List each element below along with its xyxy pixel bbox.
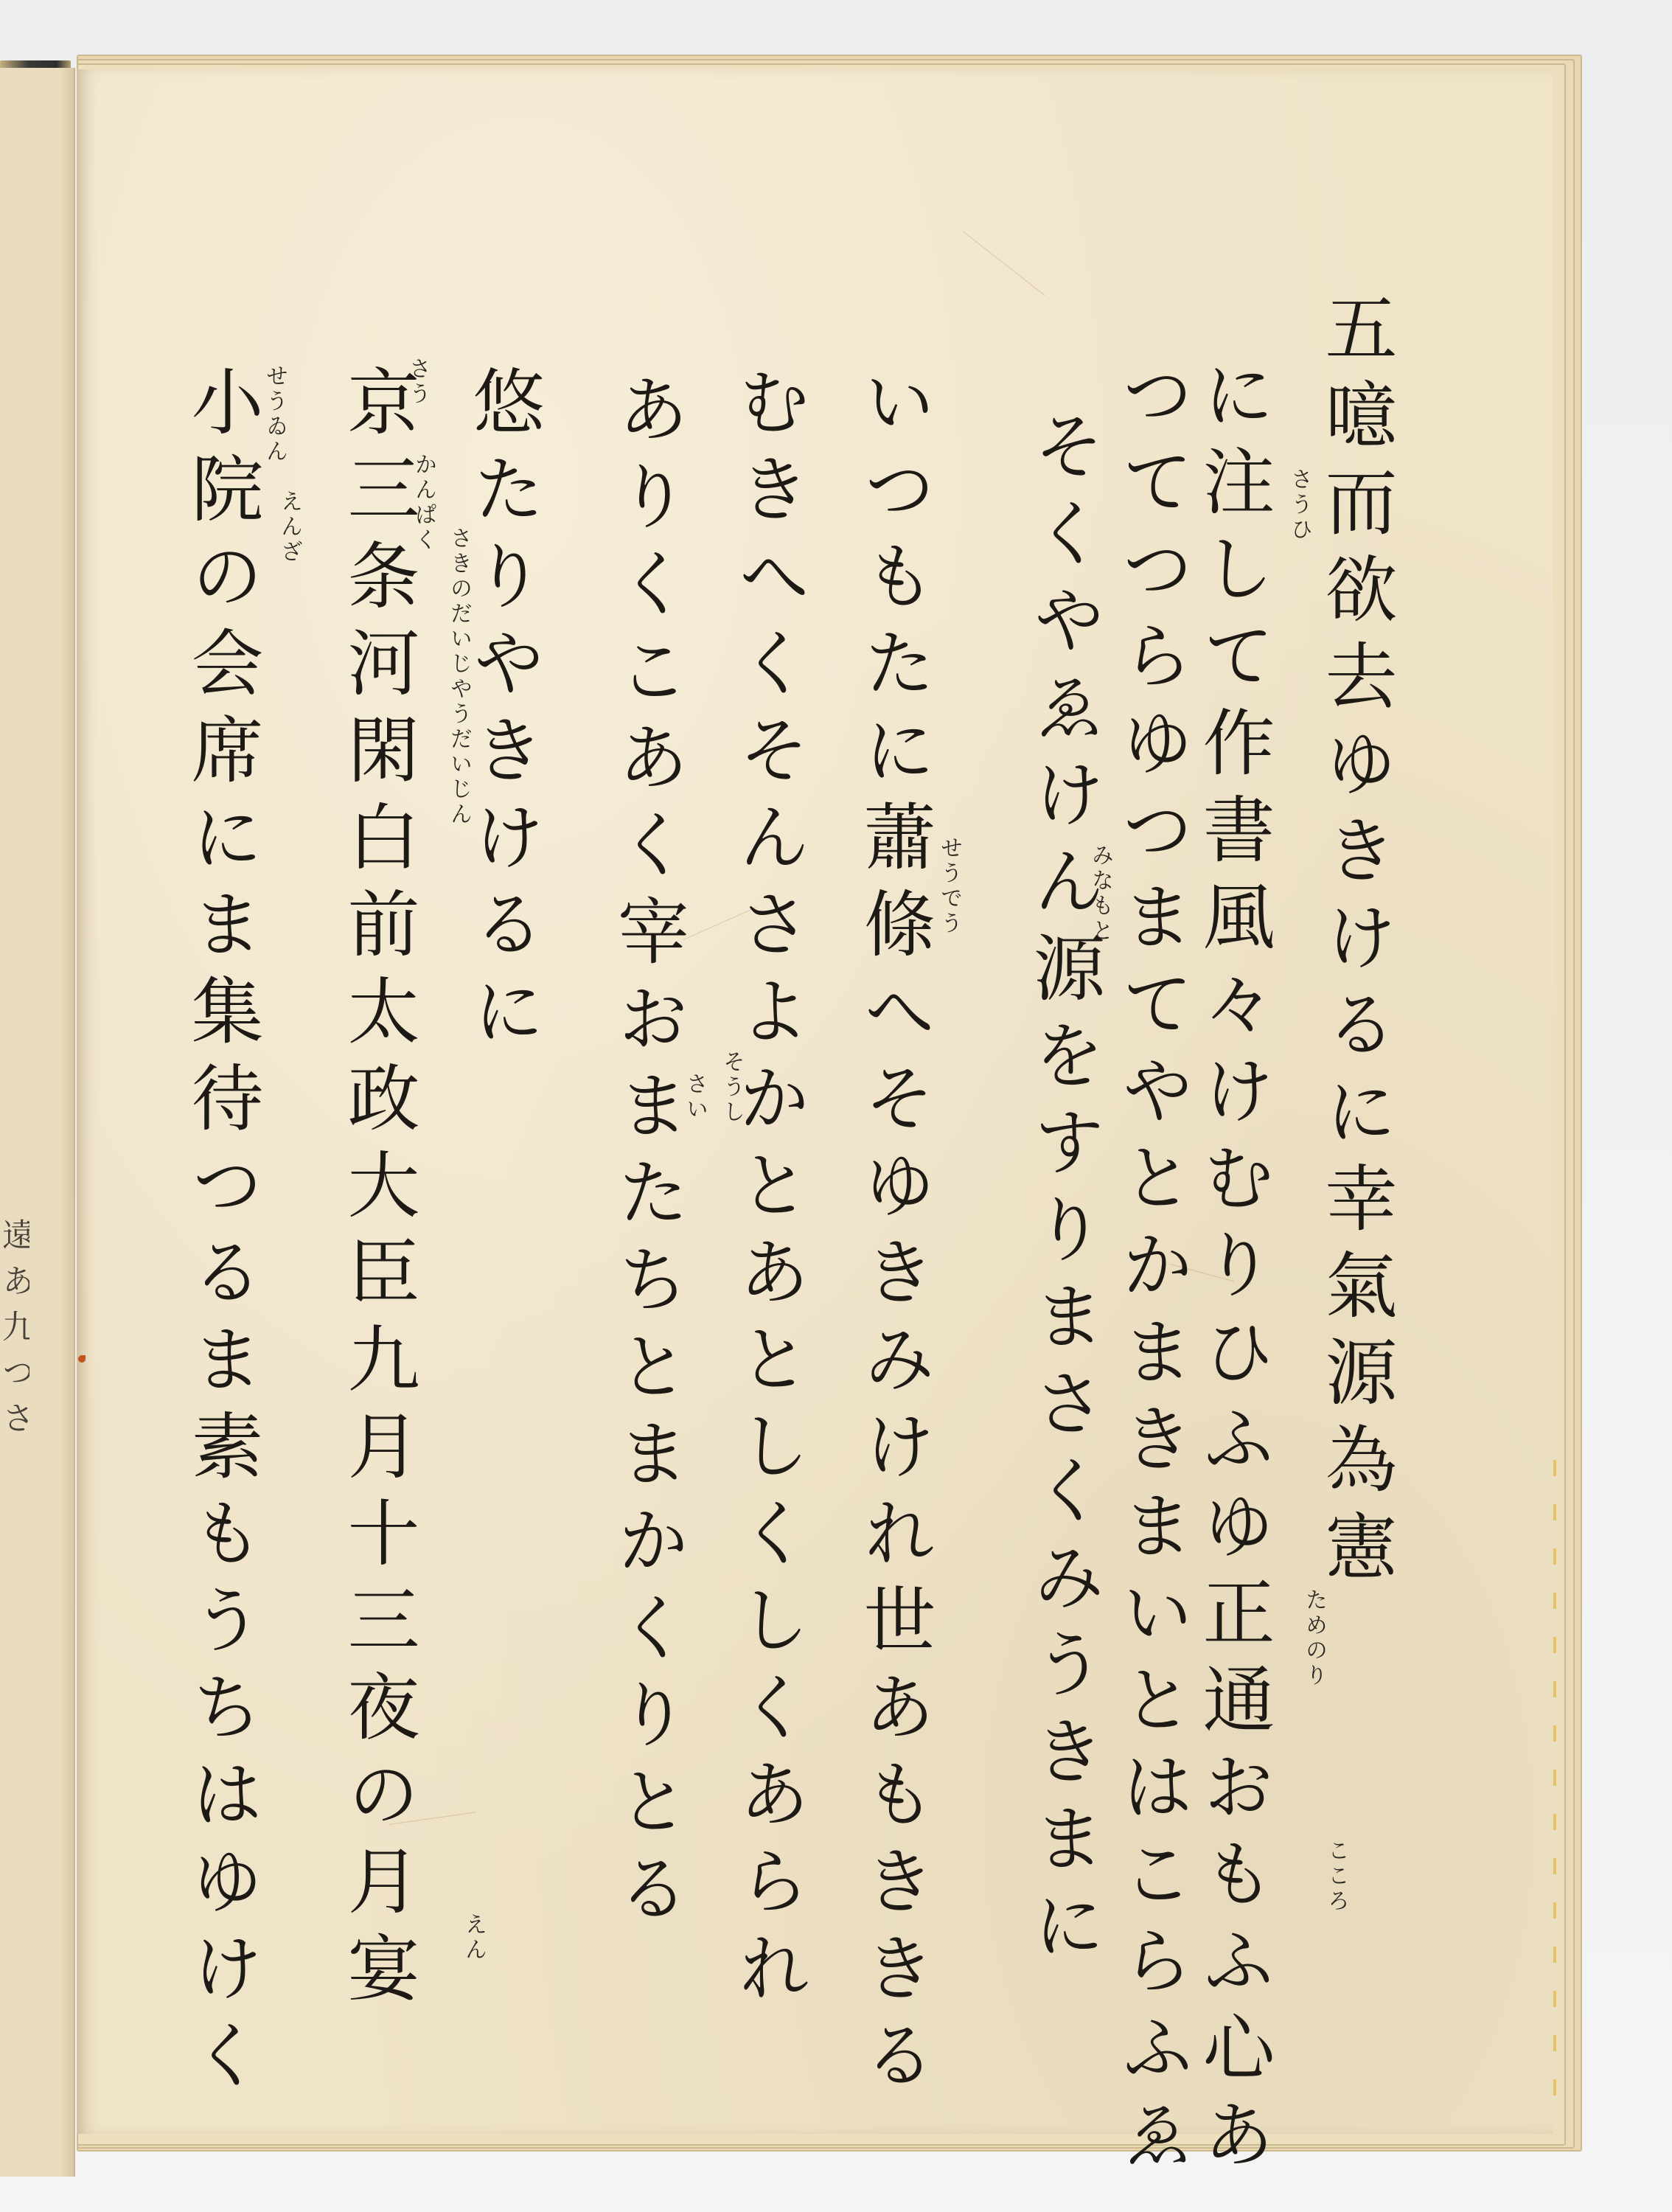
furigana: ためのり: [1303, 1588, 1325, 1688]
gilt-page-edge: [1553, 1460, 1556, 2109]
text-column-6: むきへくそんさよかとあとしくしくあられ: [728, 364, 809, 2017]
furigana: そうし: [720, 1050, 742, 1125]
book-photo: 遠あ九つさ 五噫而欲去ゆきけるに幸氣源為憲 ためのり さうひ に注して作書風々け…: [0, 0, 1672, 2212]
furigana: せうゐん: [263, 364, 285, 465]
furigana: えんざ: [278, 490, 300, 565]
text-column-1: 五噫而欲去ゆきけるに幸氣源為憲: [1314, 291, 1396, 1596]
text-column-2: に注して作書風々けむりひふゆ正通おもふ心あ: [1192, 357, 1273, 2184]
furigana: せうでう: [938, 836, 960, 936]
furigana: さう: [406, 357, 428, 407]
furigana: みなもと: [1089, 844, 1111, 944]
furigana: こころ: [1325, 1839, 1347, 1914]
text-column-8: 悠たりやきけるに: [462, 364, 543, 1060]
text-column-9: 京三条河閑白前太政大臣九月十三夜の月宴: [337, 364, 418, 2017]
red-seal-mark: [78, 1355, 86, 1363]
furigana: さい: [683, 1072, 706, 1122]
furigana: さうひ: [1288, 467, 1310, 543]
furigana: さきのだいじやうだいじん: [447, 526, 470, 827]
furigana: えん: [462, 1913, 484, 1963]
left-page: 遠あ九つさ: [0, 68, 75, 2177]
text-columns: 五噫而欲去ゆきけるに幸氣源為憲 ためのり さうひ に注して作書風々けむりひふゆ正…: [79, 69, 1553, 2134]
text-column-10: 小院の会席にま集待つるま素もうちはゆけく: [181, 364, 262, 2104]
text-column-3: つてつらゆつまてやとかまきまいとはこらふゑ: [1111, 357, 1192, 2184]
text-column-5: いつもたに蕭條へそゆきみけれ世あもききる: [853, 364, 934, 2104]
left-page-text-fragment: 遠あ九つさ: [0, 1218, 29, 1749]
text-column-4: そくやゑけん源をすりまさくみうきまに: [1023, 408, 1104, 1975]
manuscript-page: 五噫而欲去ゆきけるに幸氣源為憲 ためのり さうひ に注して作書風々けむりひふゆ正…: [77, 69, 1553, 2134]
furigana: かんぱく: [412, 453, 434, 553]
text-column-7: ありくこあく宰おまたちとまかくりとる: [607, 372, 688, 1938]
